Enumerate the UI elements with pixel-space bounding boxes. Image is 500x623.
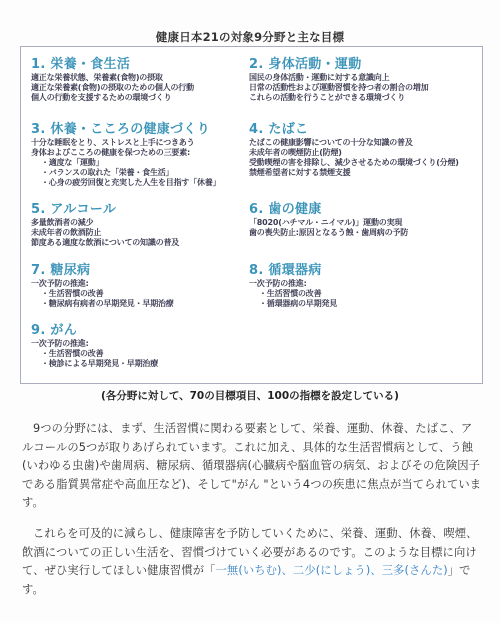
health-habit-link[interactable]: 一無(いちむ)、二少(にしょう)、三多(さんた): [216, 564, 448, 577]
goal-item: ・生活習慣の改善: [249, 289, 337, 299]
section-diabetes: 7. 糖尿病 一次予防の推進:・生活習慣の改善・糖尿病有病者の早期発見・早期治療: [31, 263, 174, 309]
body-paragraph-1: 9つの分野には、まず、生活習慣に関わる要素として、栄養、運動、休養、たばこ、アル…: [22, 420, 482, 513]
goal-item: 一次予防の推進:: [31, 339, 158, 349]
section-items: 「8020(ハチマル・ニイマル)」運動の実現歯の喪失防止:原因となるう蝕・歯周病…: [249, 218, 408, 238]
goal-item: 個人の行動を支援するための環境づくり: [31, 93, 194, 103]
goal-item: 一次予防の推進:: [249, 279, 337, 289]
section-heading: 2. 身体活動・運動: [249, 57, 428, 72]
goal-item: 受動喫煙の害を排除し、減少させるための環境づくり(分煙): [249, 158, 459, 168]
goal-item: ・糖尿病有病者の早期発見・早期治療: [31, 299, 174, 309]
goal-item: たばこの健康影響についての十分な知識の普及: [249, 138, 459, 148]
goal-item: 適正な栄養状態、栄養素(食物)の摂取: [31, 73, 194, 83]
section-alcohol: 5. アルコール 多量飲酒者の減少未成年者の飲酒防止節度ある適度な飲酒についての…: [31, 202, 179, 248]
section-cardiovascular: 8. 循環器病 一次予防の推進:・生活習慣の改善・循環器病の早期発見: [249, 263, 337, 309]
section-items: たばこの健康影響についての十分な知識の普及未成年者の喫煙防止(防煙)受動喫煙の害…: [249, 138, 459, 178]
section-cancer: 9. がん 一次予防の推進:・生活習慣の改善・検診による早期発見・早期治療: [31, 323, 158, 369]
goal-item: ・生活習慣の改善: [31, 349, 158, 359]
section-items: 一次予防の推進:・生活習慣の改善・糖尿病有病者の早期発見・早期治療: [31, 279, 174, 309]
section-rest-mental-health: 3. 休養・こころの健康づくり 十分な睡眠をとり、ストレスと上手につきあう身体お…: [31, 122, 220, 188]
goal-item: 国民の身体活動・運動に対する意識向上: [249, 73, 428, 83]
goal-item: ・生活習慣の改善: [31, 289, 174, 299]
goal-item: 身体およびこころの健康を保つための三要素:: [31, 148, 220, 158]
goals-box: 1. 栄養・食生活 適正な栄養状態、栄養素(食物)の摂取適正な栄養素(食物)の摂…: [20, 46, 483, 384]
goal-item: ・適度な「運動」: [31, 158, 220, 168]
section-heading: 3. 休養・こころの健康づくり: [31, 122, 220, 137]
goal-item: 一次予防の推進:: [31, 279, 174, 289]
goal-item: 未成年者の飲酒防止: [31, 228, 179, 238]
goal-item: 「8020(ハチマル・ニイマル)」運動の実現: [249, 218, 408, 228]
section-heading: 1. 栄養・食生活: [31, 57, 194, 72]
figure-caption: (各分野に対して、70の目標項目、100の指標を設定している): [0, 388, 500, 403]
goal-item: 日常の活動性および運動習慣を持つ者の割合の増加: [249, 83, 428, 93]
figure-title: 健康日本21の対象9分野と主な目標: [0, 29, 500, 45]
section-physical-activity: 2. 身体活動・運動 国民の身体活動・運動に対する意識向上日常の活動性および運動…: [249, 57, 428, 103]
section-items: 一次予防の推進:・生活習慣の改善・循環器病の早期発見: [249, 279, 337, 309]
body-paragraph-2: これらを可及的に減らし、健康障害を予防していくために、栄養、運動、休養、喫煙、飲…: [22, 525, 482, 599]
goal-item: ・循環器病の早期発見: [249, 299, 337, 309]
paragraph-text: 9つの分野には、まず、生活習慣に関わる要素として、栄養、運動、休養、たばこ、アル…: [22, 422, 481, 509]
goal-item: 歯の喪失防止:原因となるう蝕・歯周病の予防: [249, 228, 408, 238]
goal-item: ・心身の疲労回復と充実した人生を目指す「休養」: [31, 178, 220, 188]
section-items: 一次予防の推進:・生活習慣の改善・検診による早期発見・早期治療: [31, 339, 158, 369]
section-items: 適正な栄養状態、栄養素(食物)の摂取適正な栄養素(食物)の摂取のための個人の行動…: [31, 73, 194, 103]
section-items: 十分な睡眠をとり、ストレスと上手につきあう身体およびこころの健康を保つための三要…: [31, 138, 220, 188]
section-heading: 9. がん: [31, 323, 158, 338]
section-nutrition: 1. 栄養・食生活 適正な栄養状態、栄養素(食物)の摂取適正な栄養素(食物)の摂…: [31, 57, 194, 103]
goal-item: 未成年者の喫煙防止(防煙): [249, 148, 459, 158]
section-items: 多量飲酒者の減少未成年者の飲酒防止節度ある適度な飲酒についての知識の普及: [31, 218, 179, 248]
goal-item: 節度ある適度な飲酒についての知識の普及: [31, 238, 179, 248]
goal-item: 十分な睡眠をとり、ストレスと上手につきあう: [31, 138, 220, 148]
goal-item: 多量飲酒者の減少: [31, 218, 179, 228]
section-dental-health: 6. 歯の健康 「8020(ハチマル・ニイマル)」運動の実現歯の喪失防止:原因と…: [249, 202, 408, 238]
section-heading: 4. たばこ: [249, 122, 459, 137]
section-heading: 8. 循環器病: [249, 263, 337, 278]
goal-item: ・検診による早期発見・早期治療: [31, 359, 158, 369]
section-tobacco: 4. たばこ たばこの健康影響についての十分な知識の普及未成年者の喫煙防止(防煙…: [249, 122, 459, 178]
section-heading: 7. 糖尿病: [31, 263, 174, 278]
goal-item: 禁煙希望者に対する禁煙支援: [249, 168, 459, 178]
goal-item: 適正な栄養素(食物)の摂取のための個人の行動: [31, 83, 194, 93]
section-items: 国民の身体活動・運動に対する意識向上日常の活動性および運動習慣を持つ者の割合の増…: [249, 73, 428, 103]
goal-item: これらの活動を行うことができる環境づくり: [249, 93, 428, 103]
section-heading: 6. 歯の健康: [249, 202, 408, 217]
goal-item: ・バランスの取れた「栄養・食生活」: [31, 168, 220, 178]
section-heading: 5. アルコール: [31, 202, 179, 217]
